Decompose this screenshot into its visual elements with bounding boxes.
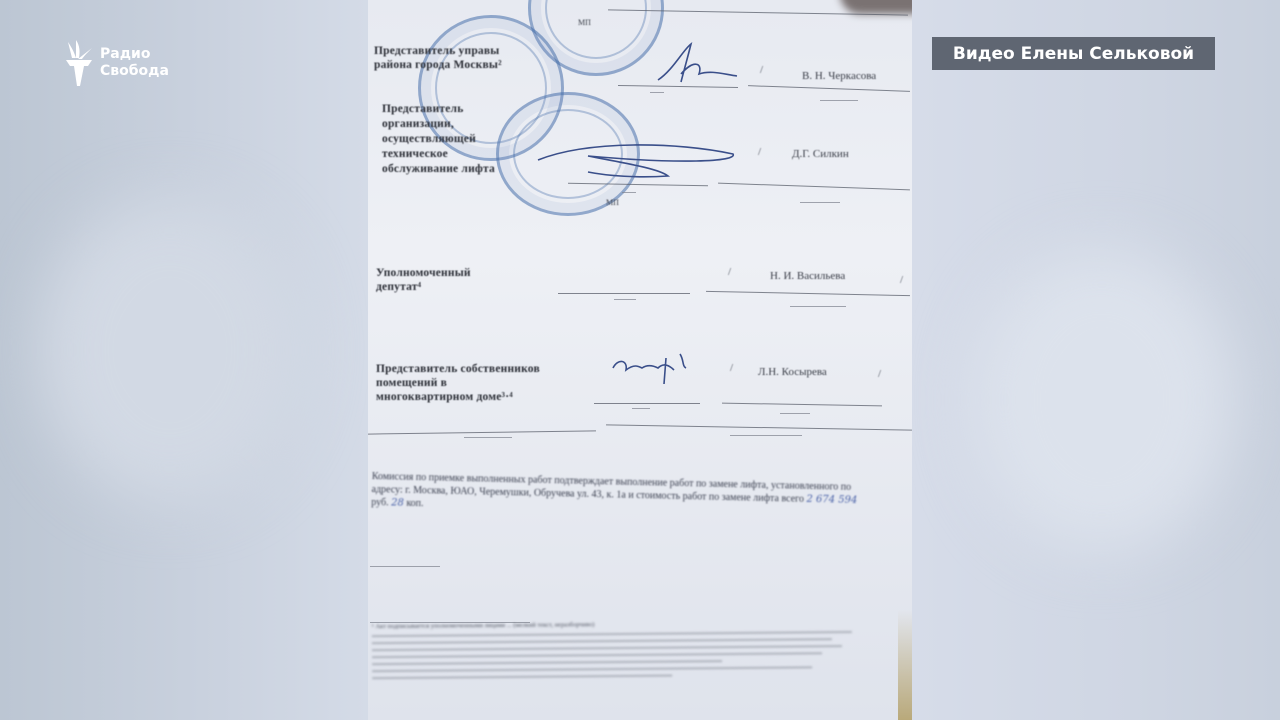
- role-label: Представитель управы района города Москв…: [374, 44, 502, 72]
- role-label: Уполномоченный депутат⁴: [376, 266, 471, 294]
- footnotes: ¹ Акт подписывается уполномоченными лица…: [372, 618, 873, 684]
- finger-shadow: [840, 0, 912, 14]
- paper-edge: [898, 610, 912, 720]
- kop-label: коп.: [406, 498, 423, 509]
- stamp-mp-top: МП: [578, 18, 591, 27]
- logo-line-1: Радио: [100, 46, 169, 63]
- role-label: Представитель организации, осуществляюще…: [382, 102, 495, 177]
- blurred-background-left: [0, 0, 368, 720]
- signatory-name: Н. И. Васильева: [770, 270, 845, 282]
- signatory-name: Л.Н. Косырева: [758, 366, 827, 378]
- torch-icon: [62, 38, 96, 88]
- video-credit-badge: Видео Елены Сельковой: [932, 37, 1215, 70]
- rub-label: руб.: [371, 497, 389, 508]
- conclusion-paragraph: Комиссия по приемке выполненных работ по…: [371, 470, 872, 520]
- signatory-name: В. Н. Черкасова: [802, 70, 876, 82]
- signature-2: [528, 138, 743, 190]
- footnote-text: ¹ Акт подписывается уполномоченными лица…: [372, 618, 872, 631]
- signature-4: [608, 348, 698, 388]
- amount-rubles: 2 674 594: [806, 494, 857, 506]
- signature-1: [653, 40, 743, 86]
- radio-svoboda-logo: Радио Свобода: [62, 38, 169, 88]
- logo-line-2: Свобода: [100, 63, 169, 80]
- amount-kopecks: 28: [391, 497, 404, 508]
- stamp-mp-bottom: МП: [606, 198, 619, 207]
- conclusion-text: Комиссия по приемке выполненных работ по…: [371, 471, 851, 505]
- signatory-name: Д.Г. Силкин: [792, 148, 849, 160]
- role-label: Представитель собственников помещений в …: [376, 362, 540, 404]
- document-page: МП МП Представитель управы района города…: [368, 0, 912, 720]
- blurred-background-right: [912, 0, 1280, 720]
